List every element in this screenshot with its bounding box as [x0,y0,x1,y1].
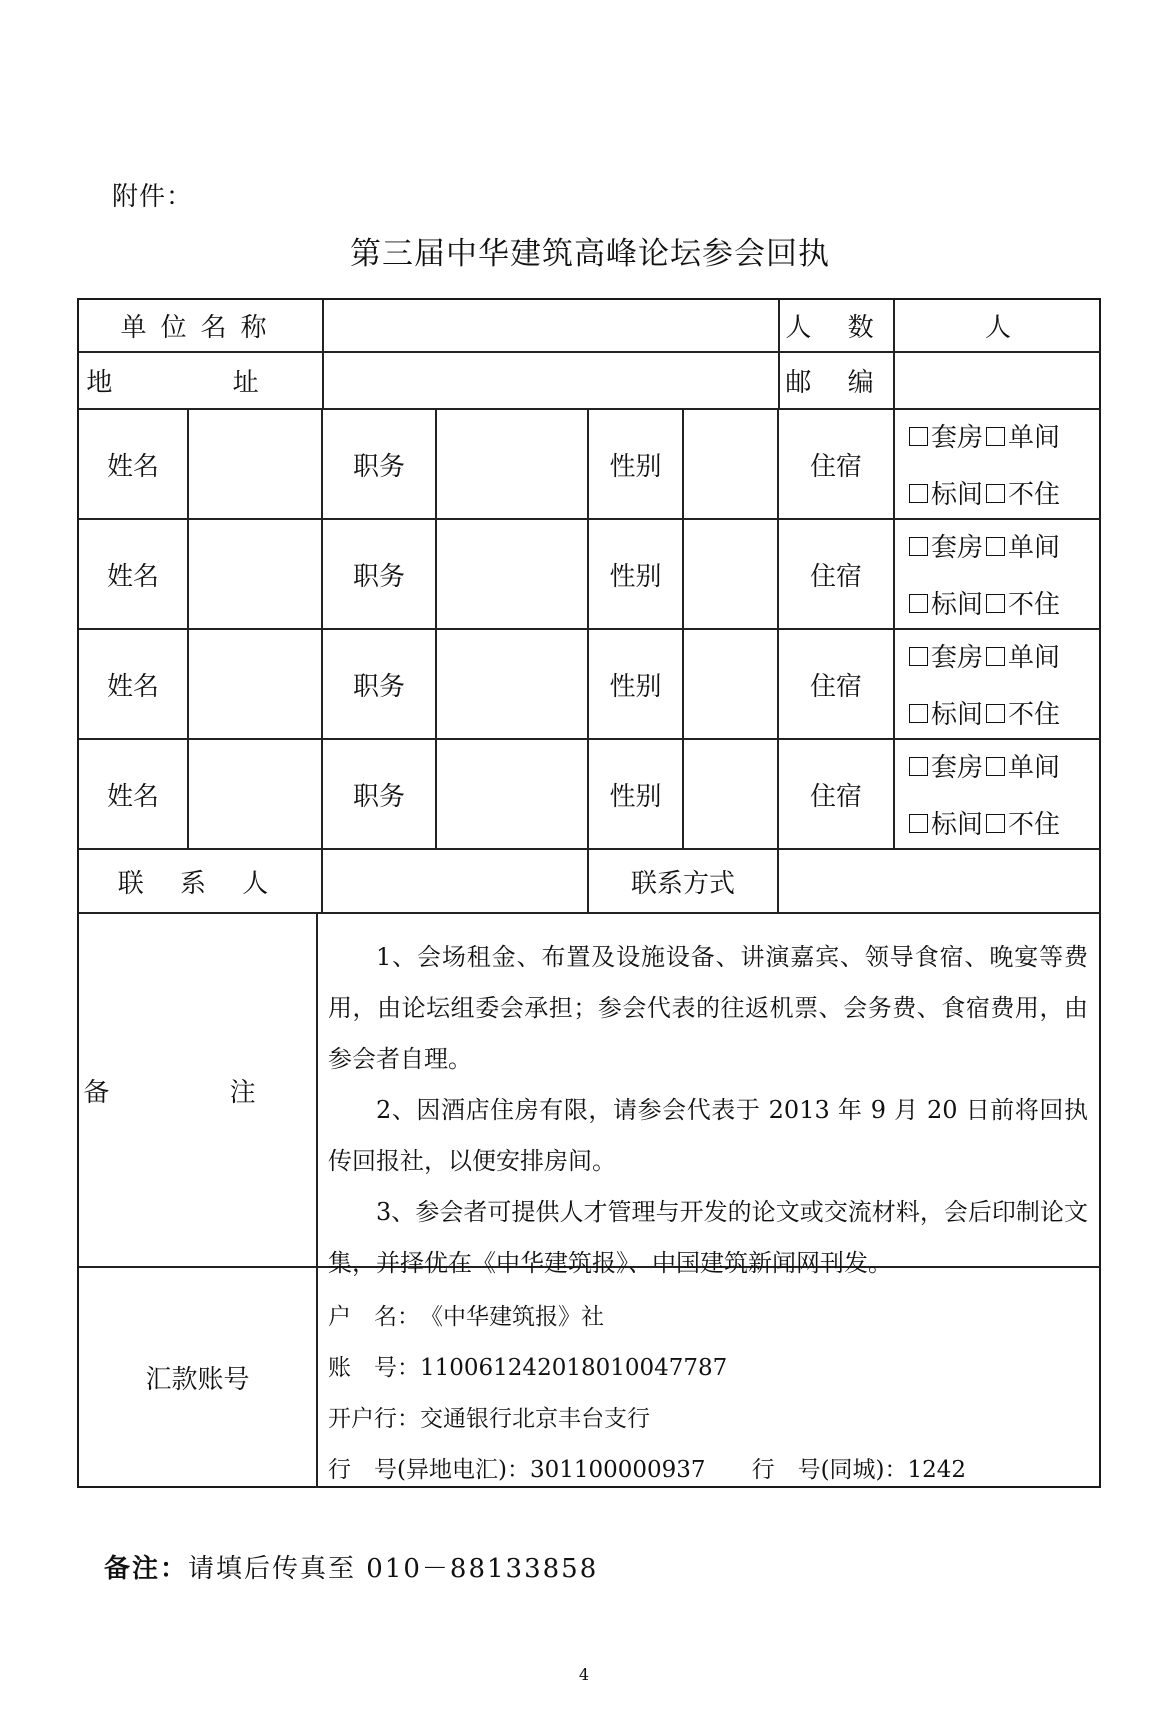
position-label: 职务 [323,410,435,518]
registration-form-table: 单位名称 人 数 人 地 址 邮 编 姓名 职务 性别 住宿 套房单间 标间不住… [77,298,1101,1488]
standard-room-checkbox[interactable] [909,814,928,833]
name-label: 姓名 [79,410,187,518]
org-name-label: 单位名称 [79,300,322,351]
no-lodging-checkbox[interactable] [986,814,1005,833]
position-label: 职务 [323,630,435,738]
lodging-label: 住宿 [779,630,893,738]
gender-label: 性别 [589,520,682,628]
account-name-line: 户 名：《中华建筑报》社 [328,1292,1088,1343]
name-field[interactable] [189,520,321,628]
gender-label: 性别 [589,630,682,738]
gender-field[interactable] [684,630,777,738]
single-room-checkbox[interactable] [986,427,1005,446]
name-field[interactable] [189,740,321,848]
remote-bank-code: 301100000937 [530,1445,706,1496]
position-label: 职务 [323,520,435,628]
position-field[interactable] [437,520,587,628]
remarks-label: 备 注 [79,914,316,1266]
suite-checkbox[interactable] [909,427,928,446]
position-label: 职务 [323,740,435,848]
standard-room-checkbox[interactable] [909,594,928,613]
suite-checkbox[interactable] [909,757,928,776]
no-lodging-checkbox[interactable] [986,484,1005,503]
headcount-label: 人 数 [780,300,893,351]
gender-field[interactable] [684,410,777,518]
gender-label: 性别 [589,410,682,518]
postcode-field[interactable] [895,353,1101,408]
lodging-options: 套房单间 标间不住 [895,740,1101,848]
document-title: 第三届中华建筑高峰论坛参会回执 [0,228,1160,273]
position-field[interactable] [437,740,587,848]
no-lodging-checkbox[interactable] [986,594,1005,613]
account-name: 《中华建筑报》社 [420,1292,604,1343]
standard-room-checkbox[interactable] [909,484,928,503]
lodging-label: 住宿 [779,410,893,518]
suite-checkbox[interactable] [909,647,928,666]
position-field[interactable] [437,410,587,518]
fax-note-text: 请填后传真至 010－88133858 [188,1554,598,1584]
single-room-checkbox[interactable] [986,757,1005,776]
suite-checkbox[interactable] [909,537,928,556]
remark-item: 2、因酒店住房有限，请参会代表于 2013 年 9 月 20 日前将回执传回报社… [328,1085,1088,1187]
position-field[interactable] [437,630,587,738]
org-name-field[interactable] [324,300,778,351]
fax-note-label: 备注： [104,1554,188,1584]
single-room-checkbox[interactable] [986,537,1005,556]
bank-name-line: 开户行：交通银行北京丰台支行 [328,1394,1088,1445]
lodging-label: 住宿 [779,520,893,628]
gender-field[interactable] [684,740,777,848]
lodging-options: 套房单间 标间不住 [895,630,1101,738]
local-bank-code: 1242 [908,1445,967,1496]
name-label: 姓名 [79,630,187,738]
name-label: 姓名 [79,520,187,628]
lodging-label: 住宿 [779,740,893,848]
bank-account-label: 汇款账号 [79,1268,316,1486]
remarks-content: 1、会场租金、布置及设施设备、讲演嘉宾、领导食宿、晚宴等费用，由论坛组委会承担；… [318,914,1098,1234]
contact-person-field[interactable] [323,850,587,912]
standard-room-checkbox[interactable] [909,704,928,723]
remark-item: 1、会场租金、布置及设施设备、讲演嘉宾、领导食宿、晚宴等费用，由论坛组委会承担；… [328,932,1088,1085]
account-number-line: 账 号：110061242018010047787 [328,1343,1088,1394]
name-field[interactable] [189,630,321,738]
bank-name: 交通银行北京丰台支行 [420,1394,650,1445]
name-label: 姓名 [79,740,187,848]
bank-details: 户 名：《中华建筑报》社 账 号：110061242018010047787 开… [318,1268,1098,1488]
headcount-unit: 人 [985,307,1011,344]
page-number: 4 [0,1665,1160,1684]
gender-label: 性别 [589,740,682,848]
postcode-label: 邮 编 [780,353,893,408]
address-field[interactable] [324,353,778,408]
no-lodging-checkbox[interactable] [986,704,1005,723]
contact-person-label: 联 系 人 [79,850,321,912]
address-label: 地 址 [79,353,322,408]
bank-code-line: 行 号(异地电汇)：301100000937行 号(同城)：1242 [328,1445,1088,1496]
headcount-field[interactable]: 人 [895,300,1101,351]
gender-field[interactable] [684,520,777,628]
name-field[interactable] [189,410,321,518]
account-number: 110061242018010047787 [420,1343,727,1394]
single-room-checkbox[interactable] [986,647,1005,666]
attachment-label: 附件： [112,176,193,213]
lodging-options: 套房单间 标间不住 [895,410,1101,518]
fax-note: 备注：请填后传真至 010－88133858 [104,1548,598,1585]
lodging-options: 套房单间 标间不住 [895,520,1101,628]
contact-method-field[interactable] [779,850,1101,912]
contact-method-label: 联系方式 [589,850,777,912]
